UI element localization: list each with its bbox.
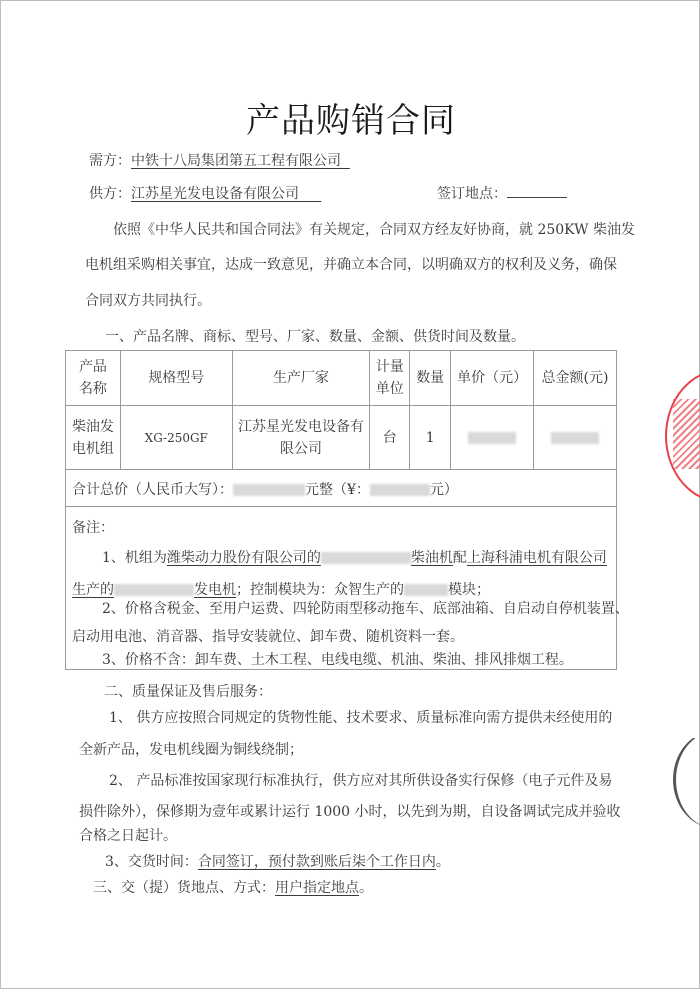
buyer-label: 需方： <box>89 153 131 169</box>
section1-heading: 一、产品名牌、商标、型号、厂家、数量、金额、供货时间及数量。 <box>105 326 525 346</box>
remarks-label: 备注： <box>72 517 114 537</box>
remark-item-1-line-1: 1、机组为潍柴动力股份有限公司的柴油机配上海科浦电机有限公司 <box>102 547 607 567</box>
header-quantity: 数量 <box>410 351 451 406</box>
table-header-row: 产品名称 规格型号 生产厂家 计量单位 数量 单价（元） 总金额(元) <box>66 351 617 406</box>
total-label: 合计总价（人民币大写）： <box>72 482 233 498</box>
remark-item-1-line-2: 生产的发电机；控制模块为：众智生产的模块； <box>72 579 490 599</box>
cell-unit-price-redacted <box>451 406 534 470</box>
cell-product-name: 柴油发电机组 <box>66 406 121 470</box>
section2-item-2-line-1: 2、 产品标准按国家现行标准执行，供方应对其所供设备实行保修（电子元件及易 <box>109 770 612 790</box>
signing-place-blank <box>507 185 567 198</box>
section2-item-3: 3、交货时间：合同签订，预付款到账后柒个工作日内。 <box>105 851 450 871</box>
buyer-line: 需方：中铁十八局集团第五工程有限公司 <box>89 150 350 170</box>
buyer-name: 中铁十八局集团第五工程有限公司 <box>131 153 341 169</box>
section2-item-1-line-1: 1、 供方应按照合同规定的货物性能、技术要求、质量标准向需方提供未经使用的 <box>109 707 612 727</box>
section2-item-2-line-2: 损件除外），保修期为壹年或累计运行 1000 小时，以先到为期，自设备调试完成并… <box>79 801 621 821</box>
section2-item-2-line-3: 合格之日起计。 <box>79 825 177 845</box>
header-unit: 计量单位 <box>370 351 410 406</box>
header-manufacturer: 生产厂家 <box>232 351 370 406</box>
cell-quantity: 1 <box>410 406 451 470</box>
section2-item-1-line-2: 全新产品，发电机线圈为铜线绕制； <box>79 739 303 759</box>
total-price-row: 合计总价（人民币大写）：元整（¥：元） <box>65 469 617 507</box>
total-suffix: 元整（¥： <box>305 482 370 498</box>
header-total-amount: 总金额(元) <box>534 351 617 406</box>
signing-place-label: 签订地点： <box>437 186 507 202</box>
document-title: 产品购销合同 <box>1 93 700 142</box>
remark-item-3: 3、价格不含：卸车费、土木工程、电线电缆、机油、柴油、排风排烟工程。 <box>102 649 573 669</box>
section3-line: 三、交（提）货地点、方式：用户指定地点。 <box>93 877 373 897</box>
remark-item-2-line-1: 2、价格含税金、至用户运费、四轮防雨型移动拖车、底部油箱、自启动自停机装置、 <box>102 598 629 618</box>
product-table: 产品名称 规格型号 生产厂家 计量单位 数量 单价（元） 总金额(元) 柴油发电… <box>65 350 617 470</box>
intro-line-3: 合同双方共同执行。 <box>85 290 211 310</box>
header-unit-price: 单价（元） <box>451 351 534 406</box>
intro-line-1: 依照《中华人民共和国合同法》有关规定，合同双方经友好协商，就 250KW 柴油发 <box>113 219 635 239</box>
signing-place-line: 签订地点： <box>437 183 567 203</box>
table-row: 柴油发电机组 XG-250GF 江苏星光发电设备有限公司 台 1 <box>66 406 617 470</box>
contract-page: 产品购销合同 需方：中铁十八局集团第五工程有限公司 供方：江苏星光发电设备有限公… <box>0 0 700 989</box>
cell-total-amount-redacted <box>534 406 617 470</box>
intro-line-2: 电机组采购相关事宜，达成一致意见，并确立本合同，以明确双方的权利及义务，确保 <box>85 254 617 274</box>
seller-name: 江苏星光发电设备有限公司 <box>131 186 299 202</box>
remark-item-2-line-2: 启动用电池、消音器、指导安装就位、卸车费、随机资料一套。 <box>72 626 464 646</box>
cell-spec-model: XG-250GF <box>120 406 232 470</box>
header-product-name: 产品名称 <box>66 351 121 406</box>
header-spec-model: 规格型号 <box>120 351 232 406</box>
cell-unit: 台 <box>370 406 410 470</box>
remarks-section: 备注： 1、机组为潍柴动力股份有限公司的柴油机配上海科浦电机有限公司 生产的发电… <box>65 507 617 670</box>
total-words-redacted <box>233 484 305 496</box>
total-end: 元） <box>430 482 458 498</box>
company-seal-red <box>665 369 700 503</box>
cell-manufacturer: 江苏星光发电设备有限公司 <box>232 406 370 470</box>
company-seal-grey <box>673 731 700 828</box>
seller-label: 供方： <box>89 186 131 202</box>
seller-line: 供方：江苏星光发电设备有限公司 <box>89 183 321 203</box>
section2-heading: 二、质量保证及售后服务： <box>104 681 272 701</box>
total-number-redacted <box>370 484 430 496</box>
